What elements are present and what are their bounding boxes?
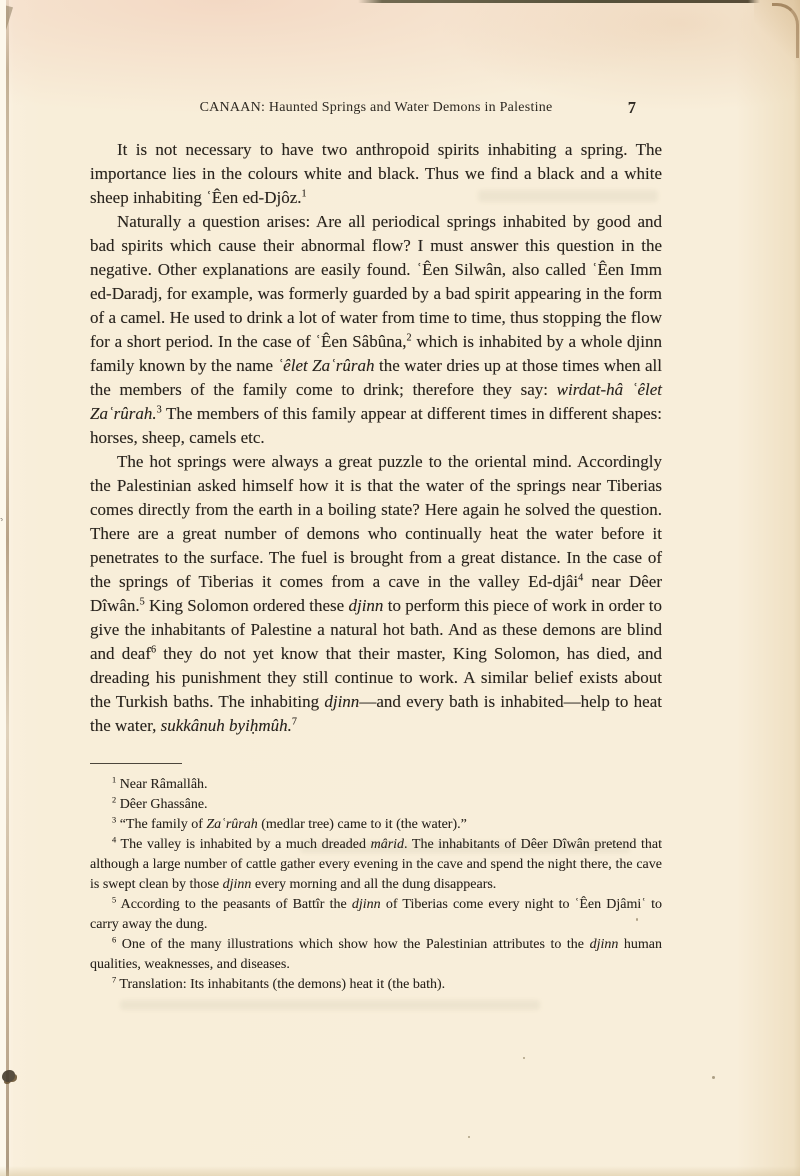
footnote: 4 The valley is inhabited by a much drea… bbox=[90, 835, 662, 895]
footnotes: 1 Near Râmallâh.2 Dêer Ghassâne.3 “The f… bbox=[90, 775, 662, 995]
footnote: 5 According to the peasants of Battîr th… bbox=[90, 895, 662, 935]
paragraph: Naturally a question arises: Are all per… bbox=[90, 210, 662, 450]
text-run: Naturally a question arises: Are all per… bbox=[90, 212, 662, 351]
scan-top-edge-line bbox=[358, 0, 760, 3]
text-run: (medlar tree) came to it (the water).” bbox=[258, 817, 467, 832]
italic-term: sukkânuh byiḥmûh. bbox=[161, 716, 292, 735]
footnote: 7 Translation: Its inhabitants (the demo… bbox=[90, 975, 662, 995]
text-run: “The family of bbox=[116, 817, 206, 832]
paragraph: It is not necessary to have two anthropo… bbox=[90, 138, 662, 210]
paper-speck bbox=[712, 1076, 715, 1079]
italic-term: djinn bbox=[352, 897, 381, 912]
running-title: CANAAN: Haunted Springs and Water Demons… bbox=[90, 100, 662, 116]
text-run: According to the peasants of Battîr the bbox=[116, 897, 352, 912]
italic-term: djinn bbox=[590, 937, 619, 952]
text-run: The hot springs were always a great puzz… bbox=[90, 452, 662, 591]
running-header: CANAAN: Haunted Springs and Water Demons… bbox=[90, 100, 662, 122]
text-run: The members of this family appear at dif… bbox=[90, 404, 662, 447]
text-run: King Solomon ordered these bbox=[145, 596, 349, 615]
bottom-left-ink-spot bbox=[2, 1070, 15, 1082]
text-run: It is not necessary to have two anthropo… bbox=[90, 140, 662, 207]
left-margin-ink-mark: ʾ bbox=[0, 514, 16, 537]
paper-speck bbox=[468, 1136, 470, 1138]
italic-term: djinn bbox=[348, 596, 383, 615]
italic-term: mârid bbox=[371, 837, 404, 852]
footnote: 2 Dêer Ghassâne. bbox=[90, 795, 662, 815]
scan-bottom-shade bbox=[0, 1166, 800, 1176]
italic-term: ʿêlet Zaʿrûrah bbox=[278, 356, 375, 375]
text-run: One of the many illustrations which show… bbox=[116, 937, 589, 952]
italic-term: djinn bbox=[223, 877, 252, 892]
footnote: 3 “The family of Zaʿrûrah (medlar tree) … bbox=[90, 815, 662, 835]
text-run: Dêer Ghassâne. bbox=[116, 797, 207, 812]
footnote-rule bbox=[90, 763, 182, 764]
footnote: 1 Near Râmallâh. bbox=[90, 775, 662, 795]
footnote-marker: 1 bbox=[302, 188, 307, 199]
text-run: Translation: Its inhabitants (the demons… bbox=[116, 977, 445, 992]
paper-speck bbox=[523, 1057, 525, 1059]
scanned-page: ʾ CANAAN: Haunted Springs and Water Demo… bbox=[0, 0, 800, 1176]
binding-crease-line bbox=[6, 0, 9, 1176]
show-through-smudge bbox=[120, 1000, 540, 1010]
italic-term: djinn bbox=[324, 692, 359, 711]
text-run: every morning and all the dung disappear… bbox=[251, 877, 496, 892]
body-paragraphs: It is not necessary to have two anthropo… bbox=[90, 138, 662, 738]
text-run: The valley is inhabited by a much dreade… bbox=[116, 837, 370, 852]
footnote: 6 One of the many illustrations which sh… bbox=[90, 935, 662, 975]
paragraph: The hot springs were always a great puzz… bbox=[90, 450, 662, 738]
italic-term: Zaʿrûrah bbox=[206, 817, 257, 832]
footnote-marker: 7 bbox=[292, 716, 297, 727]
text-run: Near Râmallâh. bbox=[116, 777, 207, 792]
page-content: CANAAN: Haunted Springs and Water Demons… bbox=[90, 100, 662, 995]
page-number: 7 bbox=[628, 98, 636, 118]
